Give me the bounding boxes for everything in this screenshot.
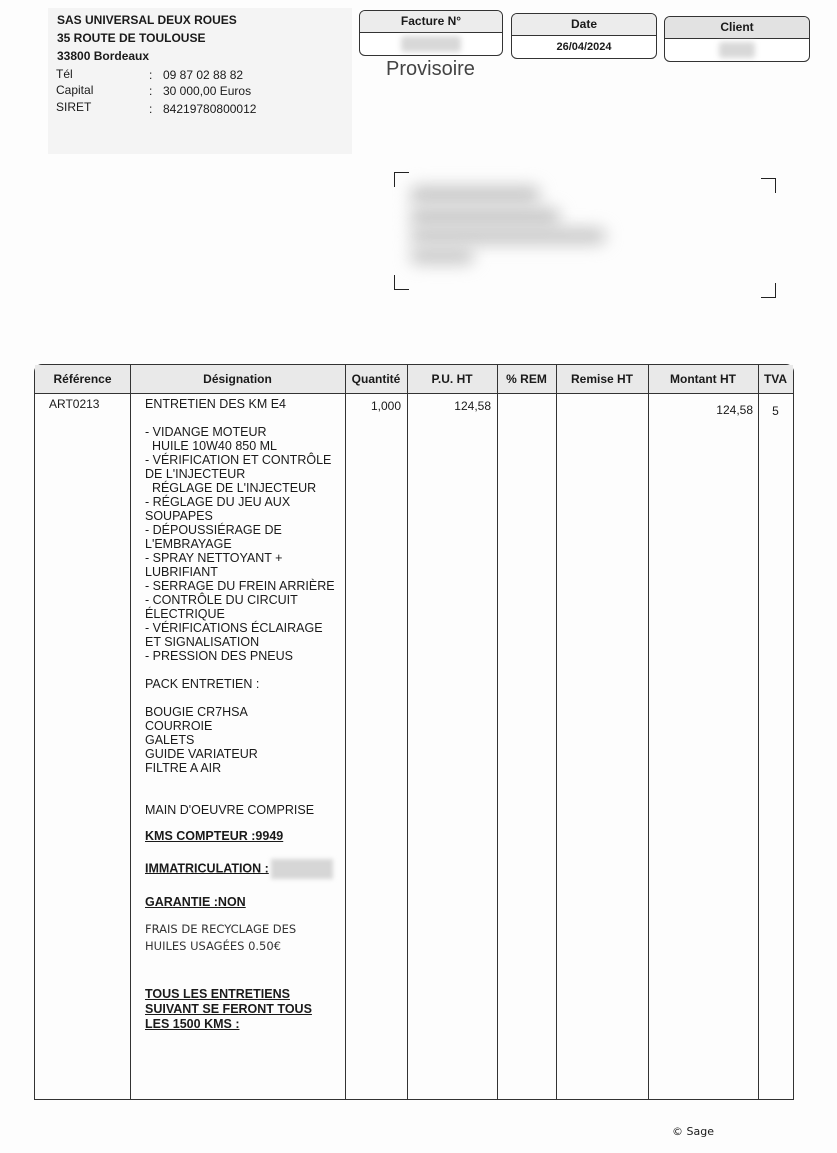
column-divider [497,365,498,1099]
col-vat: TVA [758,365,793,393]
corner-top-left [394,172,409,187]
service-line: L'EMBRAYAGE [145,537,345,551]
recycling-fee-line-2: HUILES USAGÉES 0.50€ [145,938,345,955]
redacted-registration [271,859,333,879]
service-line: LUBRIFIANT [145,565,345,579]
invoice-number-label: Facture N° [360,11,502,33]
company-block: SAS UNIVERSAL DEUX ROUES 35 ROUTE DE TOU… [48,8,352,154]
column-divider [556,365,557,1099]
redacted-invoice-number [401,36,461,52]
next-service-line-1: TOUS LES ENTRETIENS [145,987,345,1002]
client-value [665,39,809,61]
redacted-recipient-line [410,208,560,226]
cell-designation: ENTRETIEN DES KM E4 - VIDANGE MOTEUR HUI… [145,397,345,1032]
company-name: SAS UNIVERSAL DEUX ROUES [57,13,237,27]
service-line: - PRESSION DES PNEUS [145,649,345,663]
cell-quantity: 1,000 [348,399,401,413]
corner-bottom-right [761,283,776,298]
redacted-recipient-line [410,248,474,264]
siret-label: SIRET [56,100,91,114]
service-line: - VÉRIFICATIONS ÉCLAIRAGE [145,621,345,635]
next-service-line-3: LES 1500 KMS : [145,1017,345,1032]
redacted-recipient-line [410,228,606,244]
service-line: HUILE 10W40 850 ML [145,439,345,453]
company-address: 35 ROUTE DE TOULOUSE [57,31,205,45]
col-amount-ht: Montant HT [648,365,758,393]
redacted-recipient-line [410,186,540,204]
labour-note: MAIN D'OEUVRE COMPRISE [145,803,345,817]
phone-separator: : [149,68,152,82]
date-box: Date 26/04/2024 [511,13,657,59]
sage-copyright: © Sage [672,1125,714,1138]
service-line: DE L'INJECTEUR [145,467,345,481]
cell-vat: 5 [758,404,793,418]
col-quantity: Quantité [345,365,407,393]
pack-item: COURROIE [145,719,345,733]
service-line: - SERRAGE DU FREIN ARRIÈRE [145,579,345,593]
services-list: - VIDANGE MOTEUR HUILE 10W40 850 ML- VÉR… [145,425,345,663]
redacted-client-code [719,42,755,58]
client-label: Client [665,17,809,39]
recycling-fee-line-1: FRAIS DE RECYCLAGE DES [145,921,345,938]
designation-title: ENTRETIEN DES KM E4 [145,397,345,411]
warranty-note: GARANTIE :NON [145,895,345,909]
table-header: Référence Désignation Quantité P.U. HT %… [35,365,793,394]
corner-bottom-left [394,275,409,290]
column-divider [648,365,649,1099]
pack-title: PACK ENTRETIEN : [145,677,345,691]
pack-item: FILTRE A AIR [145,761,345,775]
service-line: SOUPAPES [145,509,345,523]
service-line: ÉLECTRIQUE [145,607,345,621]
capital-label: Capital [56,83,93,97]
pack-item: GUIDE VARIATEUR [145,747,345,761]
corner-top-right [761,178,776,193]
recipient-address-box [394,172,776,298]
registration-line: IMMATRICULATION : [145,859,345,879]
phone-label: Tél [56,67,73,81]
column-divider [407,365,408,1099]
status-label: Provisoire [386,58,475,81]
invoice-number-box: Facture N° [359,10,503,56]
client-box: Client [664,16,810,62]
service-line: - RÉGLAGE DU JEU AUX [145,495,345,509]
pack-items-list: BOUGIE CR7HSACOURROIEGALETSGUIDE VARIATE… [145,705,345,775]
service-line: - VIDANGE MOTEUR [145,425,345,439]
column-divider [758,365,759,1099]
col-designation: Désignation [130,365,345,393]
cell-unit-price: 124,58 [410,399,491,413]
col-reference: Référence [35,365,130,393]
column-divider [345,365,346,1099]
capital-separator: : [149,84,152,98]
service-line: - DÉPOUSSIÉRAGE DE [145,523,345,537]
cell-amount-ht: 124,58 [651,403,753,417]
phone-value: 09 87 02 88 82 [163,68,243,82]
service-line: ET SIGNALISATION [145,635,345,649]
cell-reference: ART0213 [49,397,99,411]
service-line: - VÉRIFICATION ET CONTRÔLE [145,453,345,467]
pack-item: GALETS [145,733,345,747]
registration-label: IMMATRICULATION : [145,861,269,875]
service-line: - CONTRÔLE DU CIRCUIT [145,593,345,607]
col-discount-ht: Remise HT [556,365,648,393]
service-line: - SPRAY NETTOYANT + [145,551,345,565]
column-divider [130,365,131,1099]
siret-value: 84219780800012 [163,102,256,116]
col-discount-pct: % REM [497,365,556,393]
mileage-note: KMS COMPTEUR :9949 [145,829,345,843]
siret-separator: : [149,102,152,116]
date-label: Date [512,14,656,36]
date-value: 26/04/2024 [512,36,656,58]
service-line: RÉGLAGE DE L'INJECTEUR [145,481,345,495]
capital-value: 30 000,00 Euros [163,84,251,98]
next-service-line-2: SUIVANT SE FERONT TOUS [145,1002,345,1017]
invoice-number-value [360,33,502,55]
invoice-lines-table: Référence Désignation Quantité P.U. HT %… [34,364,794,1100]
col-unit-price: P.U. HT [407,365,497,393]
company-city: 33800 Bordeaux [57,49,149,63]
pack-item: BOUGIE CR7HSA [145,705,345,719]
